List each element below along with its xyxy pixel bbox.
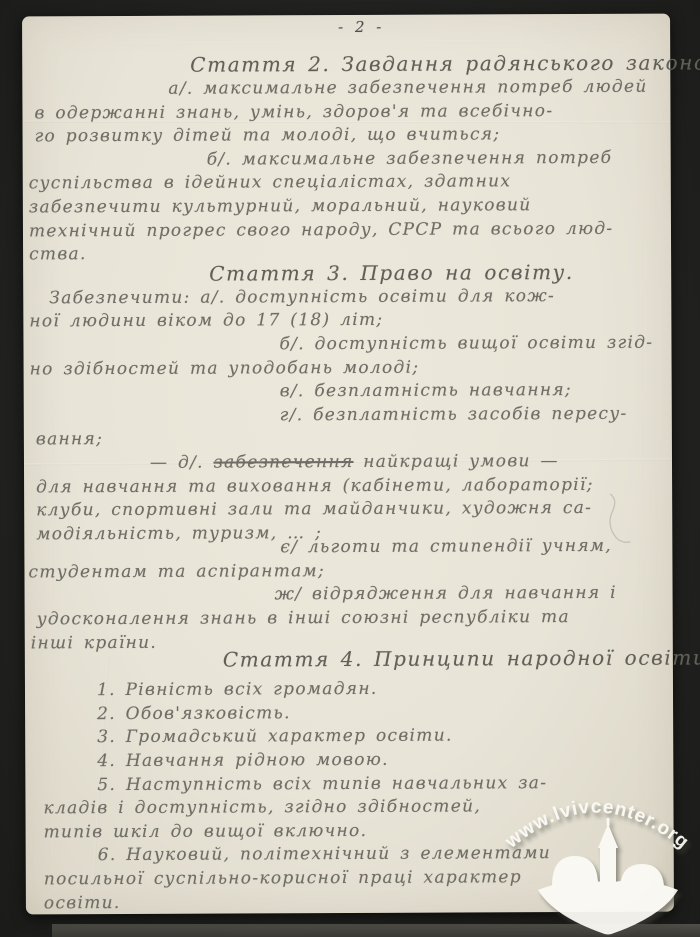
heading-article-3: Стаття 3. Право на освіту.	[209, 258, 671, 286]
heading-article-4: Стаття 4. Принципи народної освіти.	[223, 645, 673, 673]
handwritten-text: - 2 - Стаття 2. Завдання радянського зак…	[22, 14, 674, 916]
handwritten-line: вання;	[36, 426, 672, 452]
handwritten-line: суспільства в ідейних спеціалістах, здат…	[29, 170, 671, 196]
handwritten-line: г/. безплатність засобів пересу-	[280, 402, 672, 427]
document-page: - 2 - Стаття 2. Завдання радянського зак…	[22, 14, 674, 915]
church-tower-icon	[598, 818, 618, 888]
handwritten-line: для навчання та виховання (кабінети, лаб…	[36, 473, 672, 499]
struck-word: забезпечення	[213, 452, 353, 473]
handwritten-line: но здібностей та уподобань молоді;	[30, 355, 672, 381]
handwritten-line: в одержанні знань, умінь, здоров'я та вс…	[34, 99, 670, 125]
handwritten-line: Забезпечити: а/. доступність освіти для …	[49, 284, 671, 310]
heading-article-2: Стаття 2. Завдання радянського законодав…	[190, 50, 670, 78]
handwritten-line: а/. максимальне забезпечення потреб люде…	[168, 76, 670, 102]
handwritten-line: клуби, спортивні зали та майданчики, худ…	[36, 497, 672, 523]
list-item: 3. Громадський характер освіти.	[97, 724, 673, 750]
svg-text:www.lvivcenter.org: www.lvivcenter.org	[501, 796, 693, 853]
list-item: 1. Рівність всіх громадян.	[97, 677, 673, 703]
list-item: 4. Навчання рідною мовою.	[97, 748, 673, 774]
handwritten-line: б/. доступність вищої освіти згід-	[279, 332, 671, 357]
page-number: - 2 -	[338, 16, 670, 37]
lvivcenter-watermark: www.lvivcenter.org	[492, 786, 700, 936]
pen-mark	[592, 492, 632, 552]
scan-background: - 2 - Стаття 2. Завдання радянського зак…	[0, 0, 700, 937]
handwritten-line: технічний прогрес свого народу, СРСР та …	[29, 217, 671, 243]
list-item: 2. Обов'язковість.	[97, 700, 673, 726]
handwritten-line: ж/ відрядження для навчання і	[275, 582, 673, 607]
handwritten-line: го розвитку дітей та молоді, що вчиться;	[35, 123, 671, 149]
line-suffix: найкращі умови —	[353, 451, 558, 472]
handwritten-line-with-strikethrough: — д/. забезпечення найкращі умови —	[150, 449, 672, 475]
handwritten-line: ної людини віком до 17 (18) літ;	[29, 308, 671, 334]
handwritten-line: в/. безплатність навчання;	[280, 379, 672, 404]
handwritten-line: удосконалення знань в інші союзні респуб…	[37, 606, 673, 632]
watermark-url-text: www.lvivcenter.org	[501, 796, 693, 853]
handwritten-line: забезпечити культурний, моральний, науко…	[29, 194, 671, 220]
handwritten-line: студентам та аспірантам;	[28, 558, 672, 584]
open-book-icon	[538, 881, 678, 935]
line-prefix: — д/.	[150, 452, 214, 472]
handwritten-line: б/. максимальне забезпечення потреб	[207, 146, 671, 172]
